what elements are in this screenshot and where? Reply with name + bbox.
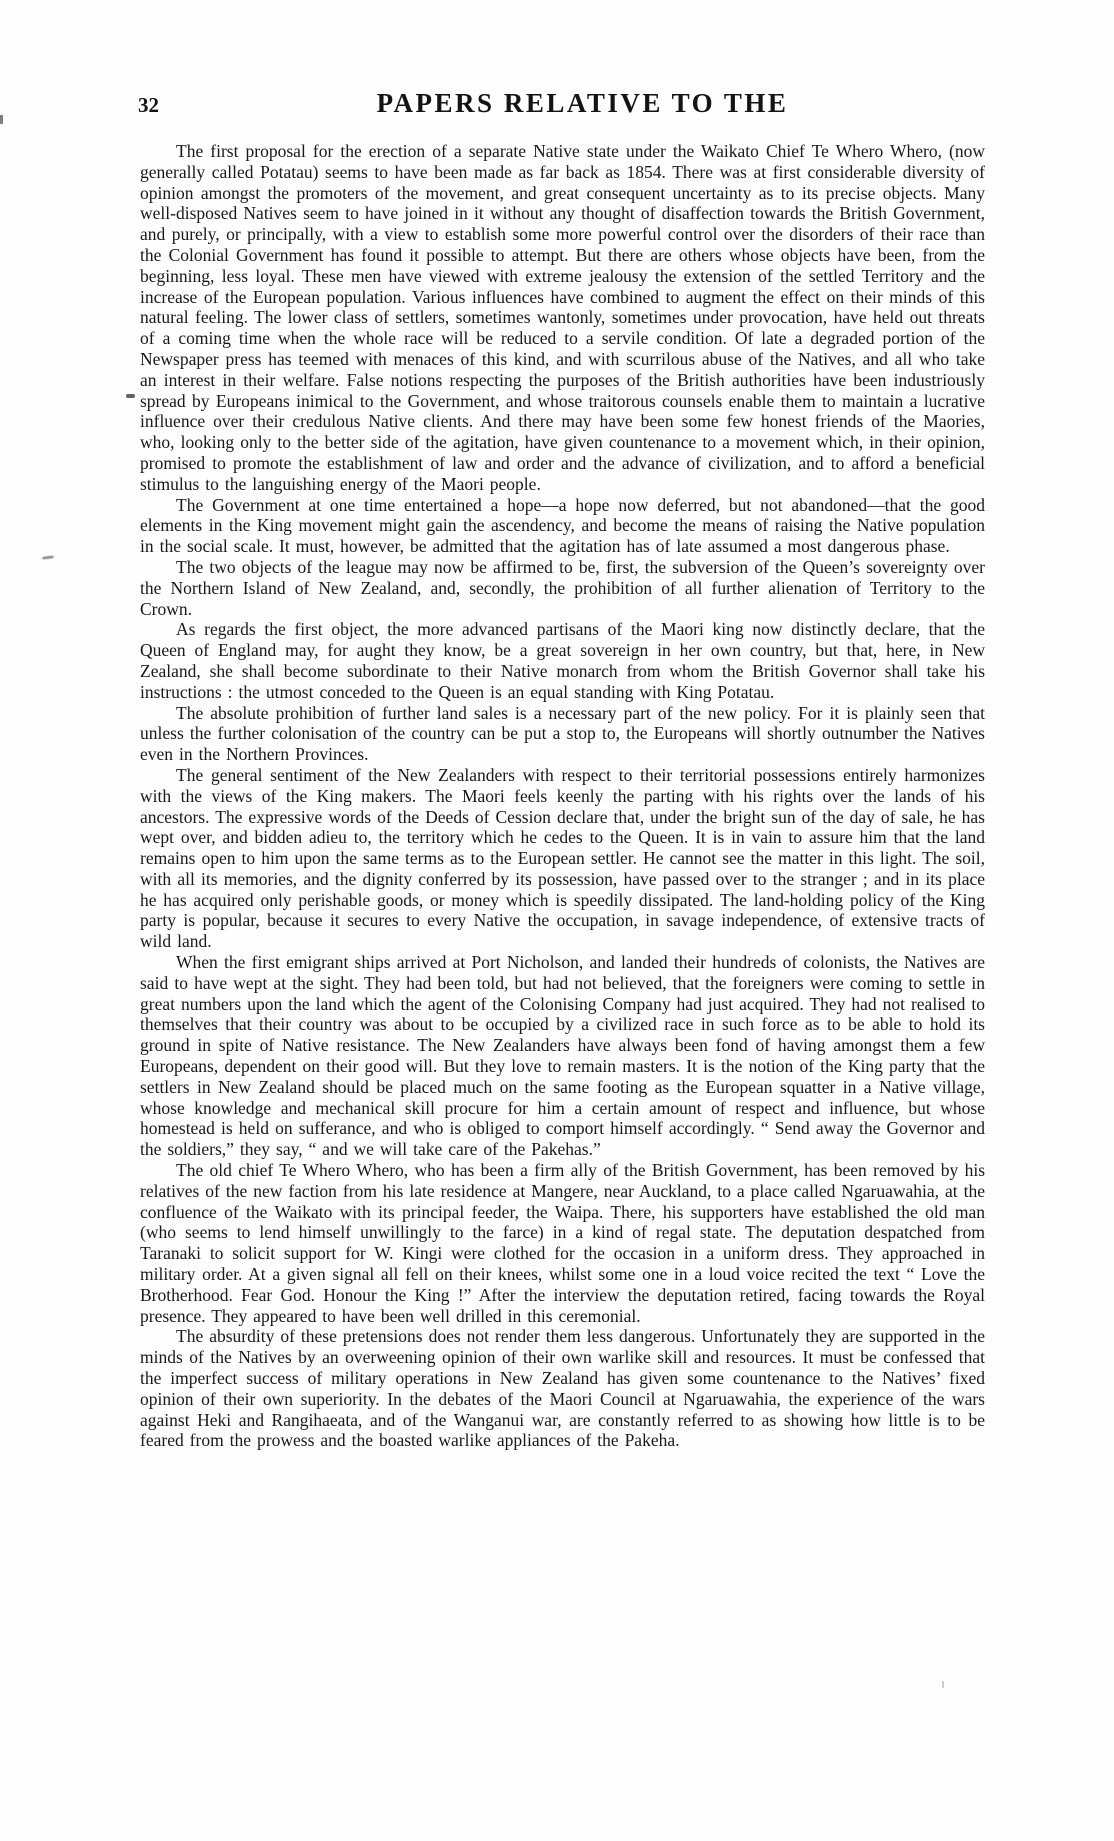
paragraph: The first proposal for the erection of a…	[140, 141, 985, 495]
page-body: The first proposal for the erection of a…	[140, 141, 985, 1451]
paragraph: The absurdity of these pretensions does …	[140, 1326, 985, 1451]
paragraph: The general sentiment of the New Zealand…	[140, 765, 985, 952]
scan-artifact	[0, 115, 3, 124]
paragraph: As regards the first object, the more ad…	[140, 619, 985, 702]
paragraph: The old chief Te Whero Whero, who has be…	[140, 1160, 985, 1326]
scan-artifact	[42, 555, 54, 560]
running-title: PAPERS RELATIVE TO THE	[140, 88, 985, 119]
scan-artifact	[126, 394, 135, 398]
paragraph: The two objects of the league may now be…	[140, 557, 985, 619]
scan-artifact	[942, 1681, 944, 1688]
paragraph: The Government at one time entertained a…	[140, 495, 985, 557]
paragraph: When the first emigrant ships arrived at…	[140, 952, 985, 1160]
paragraph: The absolute prohibition of further land…	[140, 703, 985, 765]
document-page: 32 PAPERS RELATIVE TO THE The first prop…	[0, 0, 1114, 1841]
